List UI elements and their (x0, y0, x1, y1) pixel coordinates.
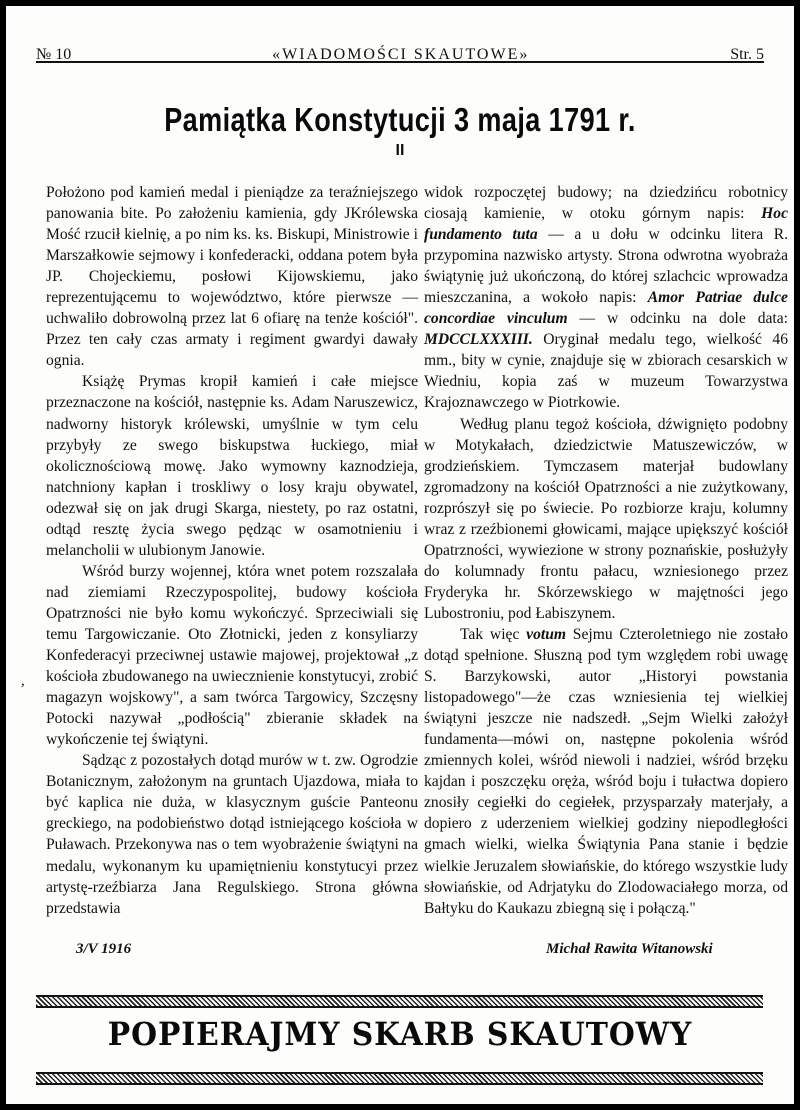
article-date: 3/V 1916 (76, 941, 131, 958)
article-title: Pamiątka Konstytucji 3 maja 1791 r. (77, 101, 723, 139)
paragraph: widok rozpoczętej budowy; na dziedzińcu … (424, 182, 788, 414)
text-run: Tak więc (460, 626, 526, 643)
decorative-rule-bottom (36, 1072, 763, 1085)
paragraph: Sądząc z pozostałych dotąd murów w t. zw… (46, 750, 418, 918)
newspaper-page: № 10 «WIADOMOŚCI SKAUTOWE» Str. 5 Pamiąt… (6, 6, 794, 1104)
roman-date: MDCCLXXXIII. (424, 331, 533, 348)
text-run: widok rozpoczętej budowy; na dziedzińcu … (424, 184, 788, 222)
left-column: Położono pod kamień medal i pieniądze za… (46, 182, 418, 919)
text-run: — w odcinku na dole data: (568, 310, 788, 327)
decorative-rule-top (36, 995, 763, 1008)
header-rule (36, 61, 764, 63)
paragraph: Według planu tegoż kościoła, dźwignięto … (424, 414, 788, 624)
author-signature: Michał Rawita Witanowski (546, 941, 713, 958)
italic-term: votum (526, 626, 566, 643)
paragraph: Tak więc votum Sejmu Czteroletniego nie … (424, 624, 788, 919)
part-marker: II (6, 142, 794, 160)
text-run: Sejmu Czteroletniego nie zostało dotąd s… (424, 626, 788, 917)
footer-slogan: POPIERAJMY SKARB SKAUTOWY (34, 1015, 767, 1053)
right-column: widok rozpoczętej budowy; na dziedzińcu … (424, 182, 788, 919)
paragraph: Książę Prymas kropił kamień i całe miejs… (46, 371, 418, 560)
margin-mark: , (21, 673, 25, 690)
paragraph: Położono pod kamień medal i pieniądze za… (46, 182, 418, 371)
paragraph: Wśród burzy wojennej, która wnet potem r… (46, 561, 418, 750)
